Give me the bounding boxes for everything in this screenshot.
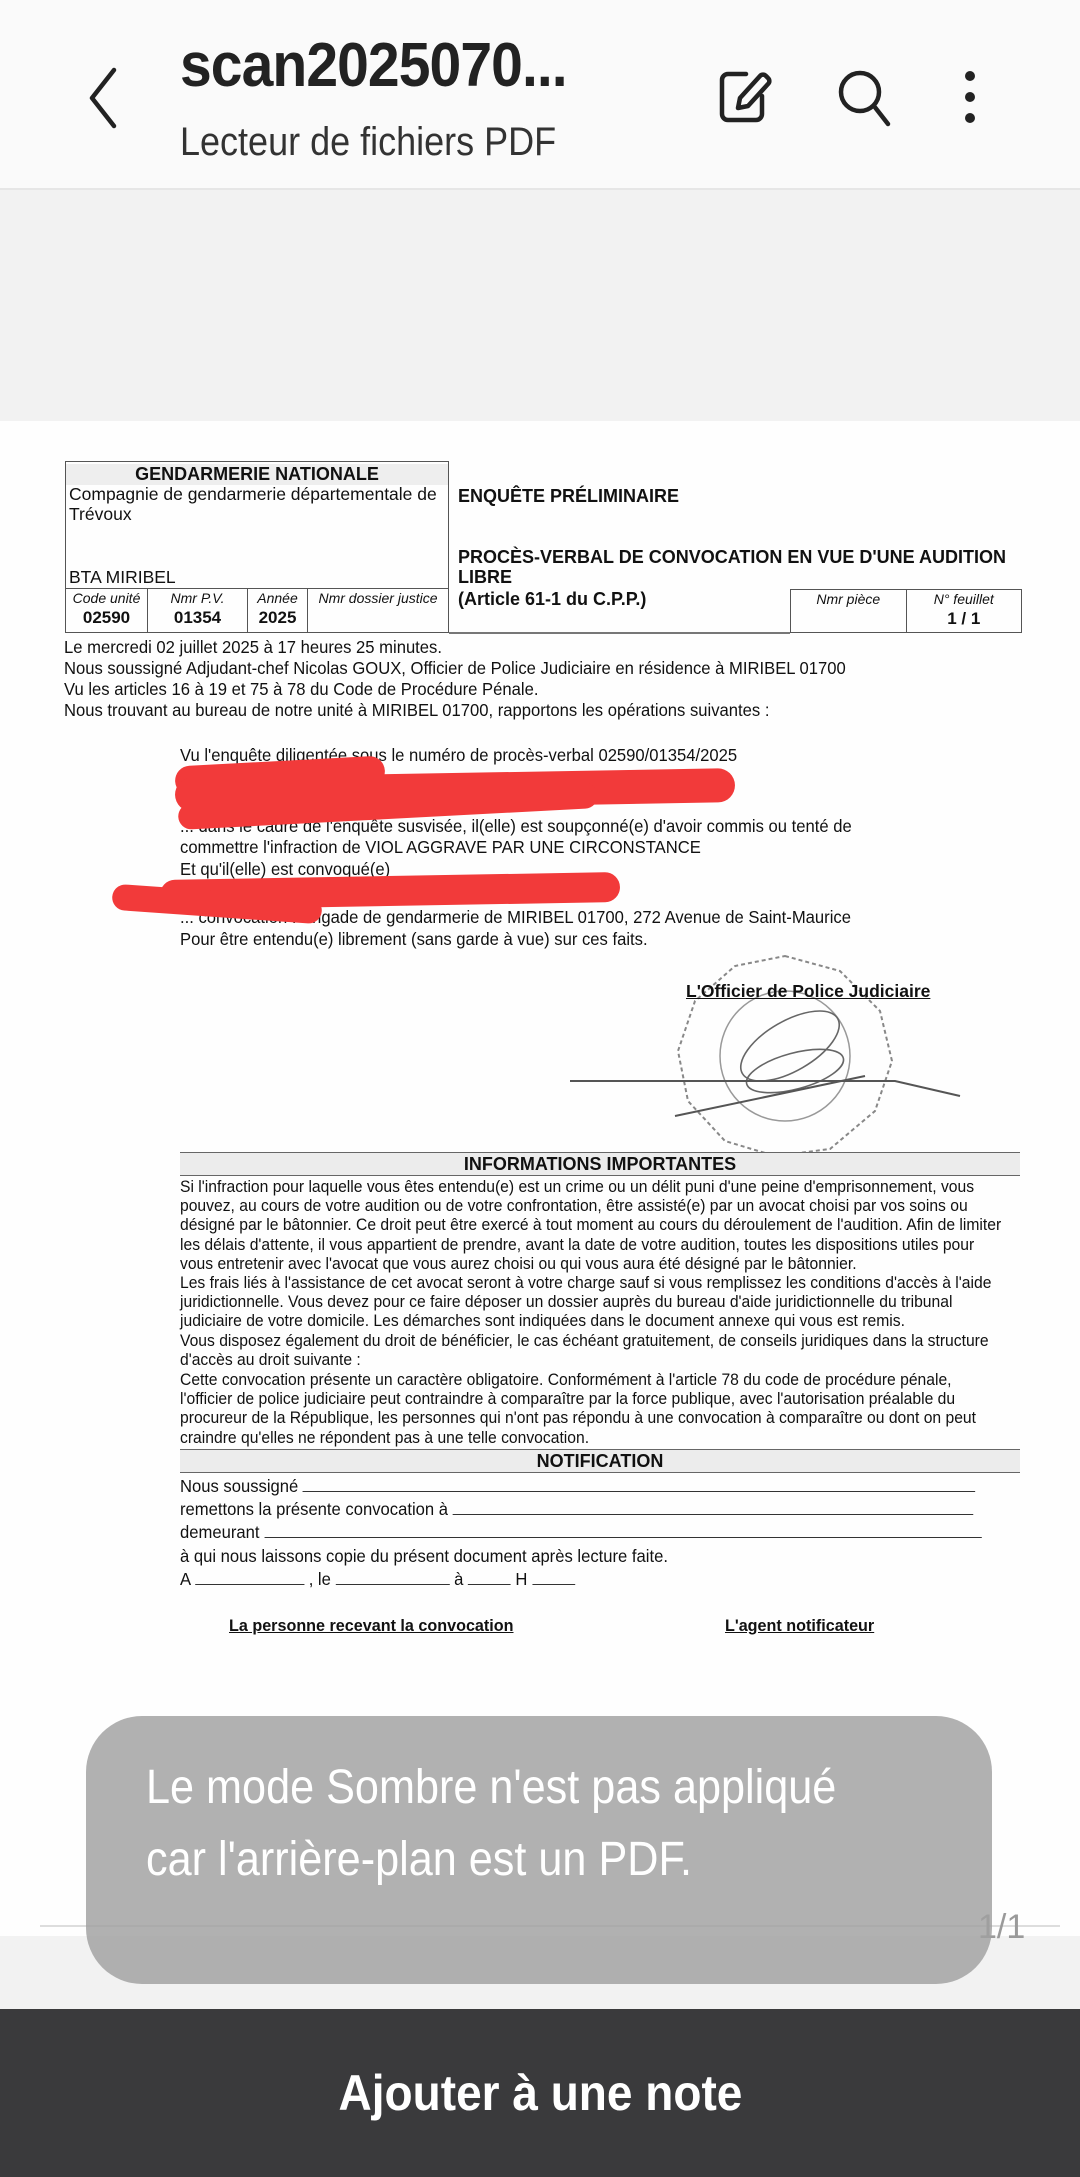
piece-box: Nmr pièce N° feuillet 1 / 1 bbox=[790, 589, 1022, 633]
org-name: GENDARMERIE NATIONALE bbox=[66, 464, 448, 485]
notification-place-date: A , le à H bbox=[180, 1569, 575, 1590]
search-button[interactable] bbox=[830, 62, 900, 132]
app-bar: scan2025070... Lecteur de fichiers PDF bbox=[0, 0, 1080, 190]
info-paragraph: Les frais liés à l'assistance de cet avo… bbox=[180, 1274, 1007, 1332]
field-nmr-pv: Nmr P.V. 01354 bbox=[148, 589, 248, 632]
search-icon bbox=[830, 62, 900, 132]
more-options-button[interactable] bbox=[935, 62, 1005, 132]
add-to-note-label: Ajouter à une note bbox=[338, 2064, 742, 2122]
unit-name: BTA MIRIBEL bbox=[69, 567, 176, 588]
notification-demeurant: demeurant bbox=[180, 1522, 1016, 1543]
field-dossier-justice: Nmr dossier justice bbox=[308, 589, 448, 632]
add-to-note-button[interactable]: Ajouter à une note bbox=[0, 2009, 1080, 2177]
body-line: Pour être entendu(e) librement (sans gar… bbox=[180, 929, 648, 950]
body-line: commettre l'infraction de VIOL AGGRAVE P… bbox=[180, 837, 701, 858]
enquete-type: ENQUÊTE PRÉLIMINAIRE bbox=[458, 486, 679, 507]
blank-line bbox=[468, 1569, 511, 1585]
blank-line bbox=[303, 1476, 976, 1492]
intro-line: Nous soussigné Adjudant-chef Nicolas GOU… bbox=[64, 658, 846, 679]
intro-line: Vu les articles 16 à 19 et 75 à 78 du Co… bbox=[64, 679, 538, 700]
intro-line: Nous trouvant au bureau de notre unité à… bbox=[64, 700, 769, 721]
notification-copie: à qui nous laissons copie du présent doc… bbox=[180, 1546, 668, 1567]
header-box: GENDARMERIE NATIONALE Compagnie de genda… bbox=[65, 461, 449, 633]
toast-message: Le mode Sombre n'est pas appliqué car l'… bbox=[146, 1752, 866, 1896]
field-nmr-piece: Nmr pièce bbox=[791, 590, 907, 632]
edit-pencil-icon bbox=[710, 62, 780, 132]
divider bbox=[449, 632, 790, 634]
signature-stroke-icon bbox=[565, 1041, 965, 1121]
company-name: Compagnie de gendarmerie départementale … bbox=[69, 484, 449, 524]
pdf-page[interactable]: GENDARMERIE NATIONALE Compagnie de genda… bbox=[0, 421, 1080, 1936]
info-paragraph: Vous disposez également du droit de béné… bbox=[180, 1332, 1007, 1370]
article-ref: (Article 61-1 du C.P.P.) bbox=[458, 589, 646, 610]
notification-soussigne: Nous soussigné bbox=[180, 1476, 1016, 1497]
intro-line: Le mercredi 02 juillet 2025 à 17 heures … bbox=[64, 637, 442, 658]
back-button[interactable] bbox=[80, 62, 130, 132]
pv-title: PROCÈS-VERBAL DE CONVOCATION EN VUE D'UN… bbox=[458, 547, 1038, 587]
blank-line bbox=[453, 1499, 974, 1515]
edit-button[interactable] bbox=[710, 62, 780, 132]
more-vertical-icon bbox=[935, 62, 1005, 132]
blank-line bbox=[195, 1569, 304, 1585]
document-title: scan2025070... bbox=[180, 30, 567, 101]
notification-remettons: remettons la présente convocation à bbox=[180, 1499, 1016, 1520]
signature-title: L'Officier de Police Judiciaire bbox=[686, 981, 930, 1002]
info-section-title: INFORMATIONS IMPORTANTES bbox=[180, 1152, 1020, 1176]
dark-mode-toast: Le mode Sombre n'est pas appliqué car l'… bbox=[86, 1716, 992, 1984]
info-paragraph: Si l'infraction pour laquelle vous êtes … bbox=[180, 1178, 1007, 1274]
field-code-unite: Code unité 02590 bbox=[66, 589, 148, 632]
info-paragraph: Cette convocation présente un caractère … bbox=[180, 1371, 1007, 1448]
field-feuillet: N° feuillet 1 / 1 bbox=[907, 590, 1022, 632]
chevron-left-icon bbox=[80, 62, 130, 132]
app-subtitle: Lecteur de fichiers PDF bbox=[180, 120, 556, 165]
pdf-viewer[interactable]: GENDARMERIE NATIONALE Compagnie de genda… bbox=[0, 192, 1080, 1950]
sig-person-label: La personne recevant la convocation bbox=[229, 1616, 514, 1636]
blank-line bbox=[264, 1522, 981, 1538]
blank-line bbox=[336, 1569, 450, 1585]
header-fields: Code unité 02590 Nmr P.V. 01354 Année 20… bbox=[66, 588, 448, 632]
notification-section-title: NOTIFICATION bbox=[180, 1449, 1020, 1473]
blank-line bbox=[532, 1569, 575, 1585]
field-annee: Année 2025 bbox=[248, 589, 308, 632]
sig-agent-label: L'agent notificateur bbox=[725, 1616, 874, 1636]
